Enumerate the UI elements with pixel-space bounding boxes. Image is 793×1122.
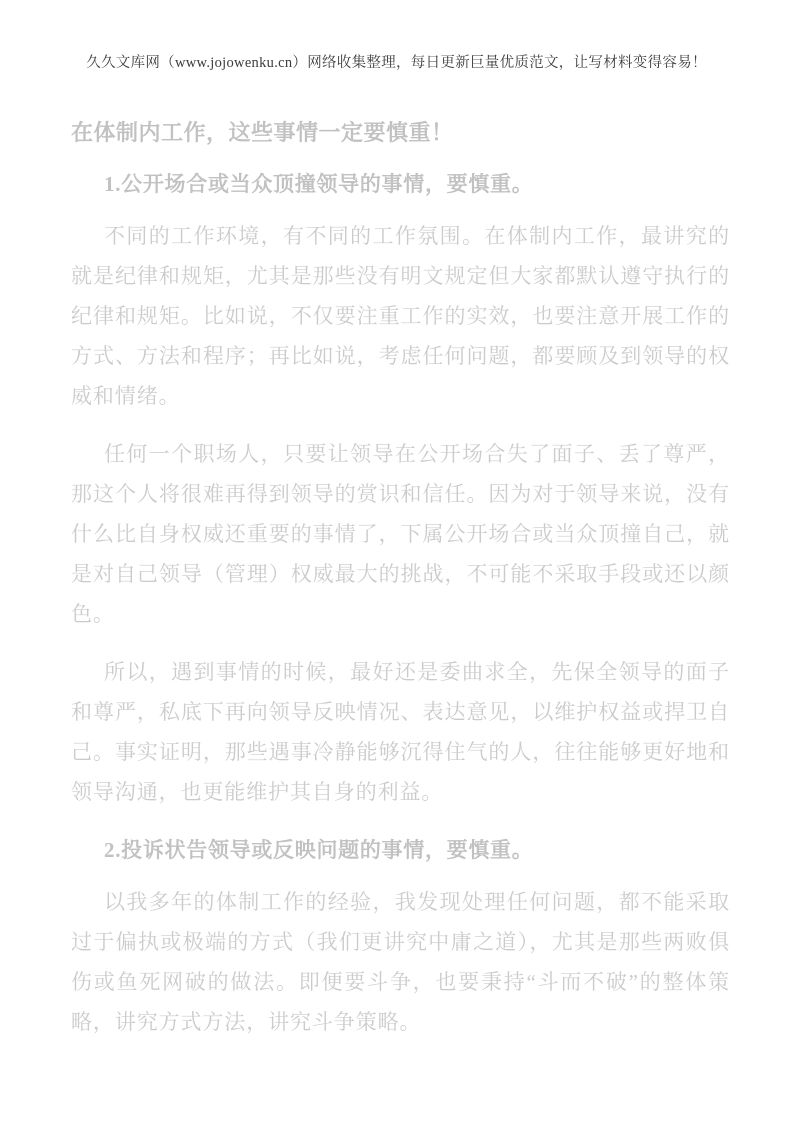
document-title: 在体制内工作，这些事情一定要慎重！: [71, 118, 730, 148]
section-1-heading: 1.公开场合或当众顶撞领导的事情，要慎重。: [71, 164, 730, 204]
section-2-paragraph-1: 以我多年的体制工作的经验，我发现处理任何问题，都不能采取过于偏执或极端的方式（我…: [71, 882, 730, 1042]
section-1-paragraph-3: 所以，遇到事情的时候，最好还是委曲求全，先保全领导的面子和尊严，私底下再向领导反…: [71, 652, 730, 812]
document-page: 久久文库网（www.jojowenku.cn）网络收集整理，每日更新巨量优质范文…: [0, 0, 793, 1122]
section-1-paragraph-2: 任何一个职场人，只要让领导在公开场合失了面子、丢了尊严，那这个人将很难再得到领导…: [71, 434, 730, 634]
site-watermark-header: 久久文库网（www.jojowenku.cn）网络收集整理，每日更新巨量优质范文…: [0, 0, 793, 73]
section-2-heading: 2.投诉状告领导或反映问题的事情，要慎重。: [71, 830, 730, 870]
document-body: 在体制内工作，这些事情一定要慎重！ 1.公开场合或当众顶撞领导的事情，要慎重。 …: [0, 73, 793, 1042]
section-1-paragraph-1: 不同的工作环境，有不同的工作氛围。在体制内工作，最讲究的就是纪律和规矩，尤其是那…: [71, 216, 730, 416]
